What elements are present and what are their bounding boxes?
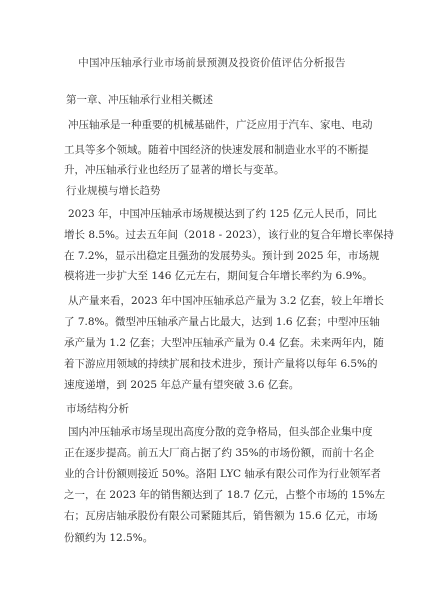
paragraph-line: 承产量为 1.2 亿套；大型冲压轴承产量为 0.4 亿套。未来两年内，随 bbox=[64, 335, 361, 350]
paragraph-line: 升，冲压轴承行业也经历了显著的增长与变革。 bbox=[64, 162, 361, 177]
paragraph-line: 速度递增，到 2025 年总产量有望突破 3.6 亿套。 bbox=[64, 377, 361, 392]
paragraph-line: 冲压轴承是一种重要的机械基础件，广泛应用于汽车、家电、电动 bbox=[68, 117, 361, 132]
paragraph-line: 之一，在 2023 年的销售额达到了 18.7 亿元，占整个市场的 15%左 bbox=[64, 487, 361, 502]
section-heading-scale: 行业规模与增长趋势 bbox=[66, 183, 161, 198]
paragraph-line: 右；瓦房店轴承股份有限公司紧随其后，销售额为 15.6 亿元，市场 bbox=[64, 508, 361, 523]
paragraph-line: 在 7.2%，显示出稳定且强劲的发展势头。预计到 2025 年，市场规 bbox=[64, 248, 361, 263]
paragraph-line: 2023 年，中国冲压轴承市场规模达到了约 125 亿元人民币，同比 bbox=[68, 206, 361, 221]
document-page: 中国冲压轴承行业市场前景预测及投资价值评估分析报告 第一章、冲压轴承行业相关概述… bbox=[0, 0, 424, 600]
paragraph-line: 增长 8.5%。过去五年间（2018 - 2023），该行业的复合年增长率保持 bbox=[64, 227, 361, 242]
paragraph-line: 正在逐步提高。前五大厂商占据了约 35%的市场份额，而前十名企 bbox=[64, 445, 361, 460]
paragraph-line: 模将进一步扩大至 146 亿元左右，期间复合年增长率约为 6.9%。 bbox=[64, 268, 361, 283]
paragraph-line: 业的合计份额则接近 50%。洛阳 LYC 轴承有限公司作为行业领军者 bbox=[64, 466, 361, 481]
paragraph-line: 工具等多个领域。随着中国经济的快速发展和制造业水平的不断提 bbox=[64, 142, 361, 157]
paragraph-line: 了 7.8%。微型冲压轴承产量占比最大，达到 1.6 亿套；中型冲压轴 bbox=[64, 314, 361, 329]
paragraph-line: 份额约为 12.5%。 bbox=[64, 530, 361, 545]
paragraph-line: 国内冲压轴承市场呈现出高度分散的竞争格局，但头部企业集中度 bbox=[68, 424, 361, 439]
chapter-heading: 第一章、冲压轴承行业相关概述 bbox=[66, 92, 213, 107]
paragraph-line: 从产量来看，2023 年中国冲压轴承总产量为 3.2 亿套，较上年增长 bbox=[68, 293, 361, 308]
document-title: 中国冲压轴承行业市场前景预测及投资价值评估分析报告 bbox=[0, 55, 424, 70]
section-heading-structure: 市场结构分析 bbox=[66, 401, 129, 416]
paragraph-line: 着下游应用领域的持续扩展和技术进步，预计产量将以每年 6.5%的 bbox=[64, 356, 361, 371]
